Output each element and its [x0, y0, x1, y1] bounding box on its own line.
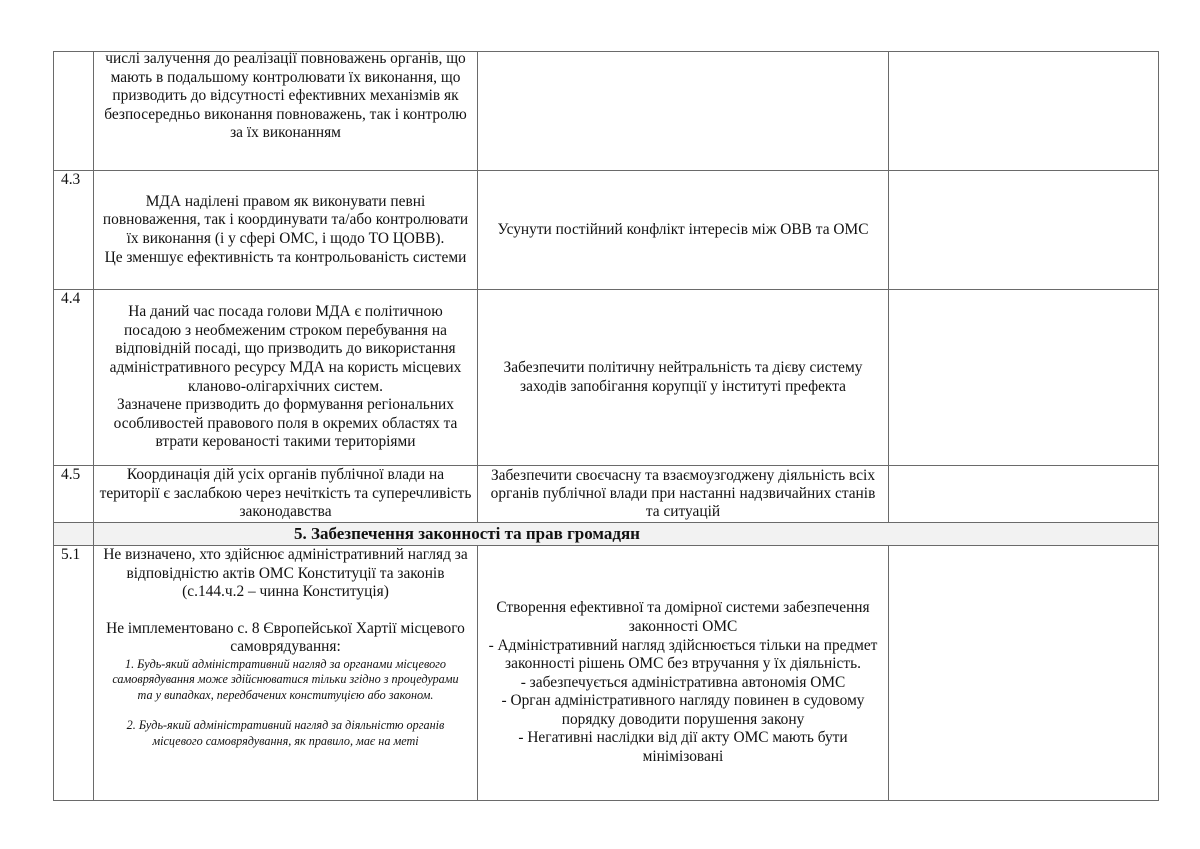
problem-cell: числі залучення до реалізації повноважен… [94, 52, 478, 171]
goal-cell: Забезпечити політичну нейтральність та д… [478, 290, 889, 466]
note-cell [889, 546, 1159, 801]
row-number: 4.5 [54, 466, 94, 523]
goal-text: - забезпечується адміністративна автоном… [482, 674, 884, 693]
goal-cell: Створення ефективної та домірної системи… [478, 546, 889, 801]
problem-text: Це зменшує ефективність та контрольовані… [98, 249, 473, 268]
goal-cell [478, 52, 889, 171]
note-cell [889, 290, 1159, 466]
document-table: числі залучення до реалізації повноважен… [53, 51, 1159, 801]
goal-cell: Забезпечити своєчасну та взаємоузгоджену… [478, 466, 889, 523]
section-title-text: 5. Забезпечення законності та прав грома… [294, 525, 640, 544]
table-row: 4.3 МДА наділені правом як виконувати пе… [54, 171, 1159, 290]
note-cell [889, 466, 1159, 523]
problem-cell: Координація дій усіх органів публічної в… [94, 466, 478, 523]
table-row: 4.4 На даний час посада голови МДА є пол… [54, 290, 1159, 466]
table-row: 5.1 Не визначено, хто здійснює адміністр… [54, 546, 1159, 801]
charter-item: 1. Будь-який адміністративний нагляд за … [98, 657, 473, 704]
section-number-cell [54, 523, 94, 546]
goal-text: Створення ефективної та домірної системи… [482, 599, 884, 636]
table-row: 4.5 Координація дій усіх органів публічн… [54, 466, 1159, 523]
problem-cell: На даний час посада голови МДА є політич… [94, 290, 478, 466]
problem-text: Зазначене призводить до формування регіо… [98, 396, 473, 452]
problem-cell: Не визначено, хто здійснює адміністратив… [94, 546, 478, 801]
problem-cell: МДА наділені правом як виконувати певні … [94, 171, 478, 290]
charter-intro: Не імплементовано с. 8 Європейської Харт… [98, 620, 473, 657]
note-cell [889, 52, 1159, 171]
goal-text: - Орган адміністративного нагляду повине… [482, 692, 884, 729]
problem-text: На даний час посада голови МДА є політич… [98, 303, 473, 396]
section-title: 5. Забезпечення законності та прав грома… [94, 523, 1159, 546]
problem-text: числі залучення до реалізації повноважен… [98, 50, 473, 143]
spacer [98, 703, 473, 718]
section-header-row: 5. Забезпечення законності та прав грома… [54, 523, 1159, 546]
goal-text: - Негативні наслідки від дії акту ОМС ма… [482, 729, 884, 766]
row-number: 4.4 [54, 290, 94, 466]
note-cell [889, 171, 1159, 290]
table-row: числі залучення до реалізації повноважен… [54, 52, 1159, 171]
row-number: 5.1 [54, 546, 94, 801]
charter-item: 2. Будь-який адміністративний нагляд за … [98, 718, 473, 749]
row-number: 4.3 [54, 171, 94, 290]
goal-cell: Усунути постійний конфлікт інтересів між… [478, 171, 889, 290]
row-number [54, 52, 94, 171]
spacer [98, 602, 473, 620]
problem-text: Не визначено, хто здійснює адміністратив… [98, 546, 473, 602]
goal-text: - Адміністративний нагляд здійснюється т… [482, 637, 884, 674]
problem-text: МДА наділені правом як виконувати певні … [98, 193, 473, 249]
